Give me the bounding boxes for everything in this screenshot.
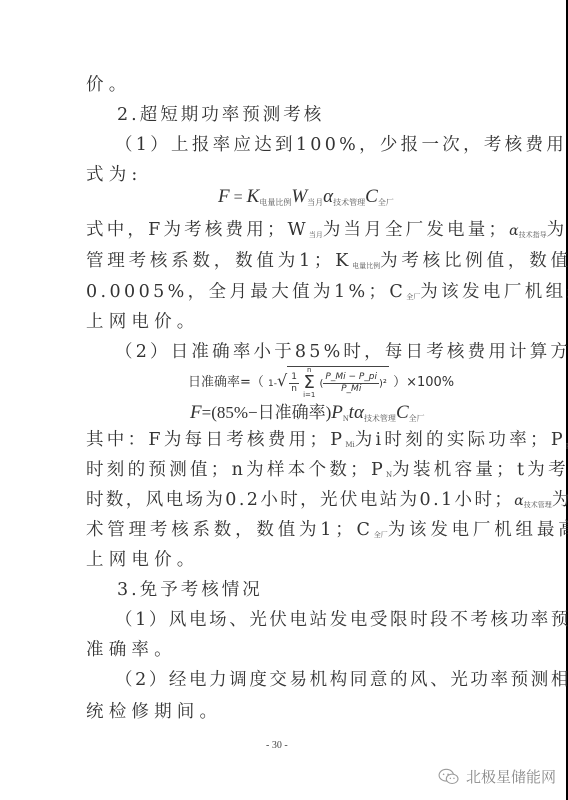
formula-var: C <box>365 186 378 207</box>
formula-var: α <box>354 402 364 423</box>
formula-var: F <box>190 402 202 423</box>
formula-term: (85%−日准确率) <box>211 403 331 422</box>
subscript: 全厂 <box>406 293 420 301</box>
text-fragment: 为考核比例值，数值为 <box>380 251 568 271</box>
text-line: （2）经电力调度交易机构同意的风、光功率预测相关系 <box>115 665 480 695</box>
formula-rhs: ）×100% <box>393 375 454 390</box>
alpha-symbol: α <box>509 223 518 239</box>
text-fragment: 其中：F为每日考核费用；P <box>86 430 345 450</box>
summation: nΣi=1 <box>303 367 315 399</box>
text-line: 上网电价。 <box>86 307 480 337</box>
formula-assessment-fee: F = K电量比例W当月α技术管理C全厂 <box>218 186 394 208</box>
subscript: 技术指导 <box>519 231 547 239</box>
formula-subscript: 技术管理 <box>333 198 365 207</box>
text-line: 价。 <box>86 70 480 100</box>
text-fragment: 术管理考核系数，数值为1；C <box>86 520 374 540</box>
text-line: （1）上报率应达到100%，少报一次，考核费用计算方 <box>115 130 480 160</box>
text-fragment: 为当月全厂发电量； <box>323 220 509 240</box>
text-line: （2）日准确率小于85%时，每日考核费用计算方式为: <box>115 337 480 367</box>
sum-symbol: Σ <box>303 374 315 392</box>
subscript: Mi <box>345 441 354 449</box>
wechat-icon <box>438 768 460 786</box>
formula-operator: = <box>230 189 247 206</box>
denominator: P_Mi <box>323 384 379 395</box>
watermark: 北极星储能网 <box>438 766 556 787</box>
text-line: 0.0005%，全月最大值为1%；C全厂为该发电厂机组最高批复 <box>86 277 480 307</box>
alpha-symbol: α <box>514 493 523 509</box>
text-fragment: 为该发电厂机组最高批复 <box>420 282 568 302</box>
text-line: 式中，F为考核费用；W当月为当月全厂发电量；α技术指导为技术 <box>86 215 480 245</box>
text-fragment: 为技术 <box>547 220 568 240</box>
text-line: （1）风电场、光伏电站发电受限时段不考核功率预测的 <box>115 605 480 635</box>
text-line: 准确率。 <box>86 635 480 665</box>
section-heading: 3.免予考核情况 <box>117 575 511 605</box>
watermark-text: 北极星储能网 <box>466 766 556 787</box>
square-root: 1n nΣi=1 (P_Mi − P_piP_Mi)² <box>287 366 389 399</box>
fraction: P_Mi − P_piP_Mi <box>323 372 379 395</box>
formula-subscript: 技术管理 <box>364 414 396 423</box>
text-fragment: 时数，风电场为0.2小时，光伏电站为0.1小时； <box>86 490 514 510</box>
text-line: 管理考核系数，数值为1；K电量比例为考核比例值，数值为 <box>86 246 480 276</box>
formula-var: W <box>291 186 307 207</box>
text-fragment: 为技 <box>552 490 568 510</box>
text-fragment: 0.0005%，全月最大值为1%；C <box>86 282 406 302</box>
formula-subscript: 全厂 <box>378 198 394 207</box>
subscript: 电量比例 <box>352 262 380 270</box>
text-line: 时数，风电场为0.2小时，光伏电站为0.1小时；α技术管理为技 <box>86 485 480 515</box>
formula-var: C <box>396 402 409 423</box>
formula-var: α <box>323 186 333 207</box>
text-fragment: 为i时刻的实际功率；P <box>355 430 566 450</box>
formula-operator: = <box>202 403 212 422</box>
formula-lhs: 日准确率=（ <box>188 375 264 390</box>
text-fragment: 时刻的预测值；n为样本个数；P <box>86 460 386 480</box>
subscript: 全厂 <box>374 531 388 539</box>
numerator: 1 <box>289 372 299 384</box>
paren: )² <box>379 379 387 390</box>
text-line: 时刻的预测值；n为样本个数；PN为装机容量；t为考核小 <box>86 455 480 485</box>
text-fragment: 为装机容量；t为考核小 <box>392 460 568 480</box>
numerator: P_Mi − P_pi <box>323 372 379 384</box>
section-heading: 2.超短期功率预测考核 <box>117 100 511 130</box>
text-fragment: 为该发电厂机组最高批复 <box>388 520 568 540</box>
formula-var: P <box>331 402 343 423</box>
formula-subscript: 电量比例 <box>259 198 291 207</box>
formula-subscript: 全厂 <box>409 414 425 423</box>
page-number: - 30 - <box>266 740 288 751</box>
text-fragment: 管理考核系数，数值为1；K <box>86 251 352 271</box>
formula-var: K <box>247 186 260 207</box>
denominator: n <box>289 384 299 395</box>
text-line: 术管理考核系数，数值为1；C全厂为该发电厂机组最高批复 <box>86 515 480 545</box>
formula-daily-fee: F=(85%−日准确率)PNtα技术管理C全厂 <box>190 398 425 424</box>
text-line: 其中：F为每日考核费用；PMi为i时刻的实际功率；Ppi为i <box>86 425 480 455</box>
text-line: 上网电价。 <box>86 545 480 575</box>
formula-daily-accuracy: 日准确率=（ 1-√ 1n nΣi=1 (P_Mi − P_piP_Mi)² ）… <box>188 366 454 399</box>
fraction: 1n <box>289 372 299 395</box>
subscript: 当月 <box>309 231 323 239</box>
text-fragment: 式中，F为考核费用；W <box>86 220 309 240</box>
text-line: 统检修期间。 <box>86 697 480 727</box>
formula-operator: 1- <box>268 379 277 389</box>
formula-subscript: 当月 <box>307 198 323 207</box>
subscript: 技术管理 <box>524 501 552 509</box>
formula-var: F <box>218 186 230 207</box>
